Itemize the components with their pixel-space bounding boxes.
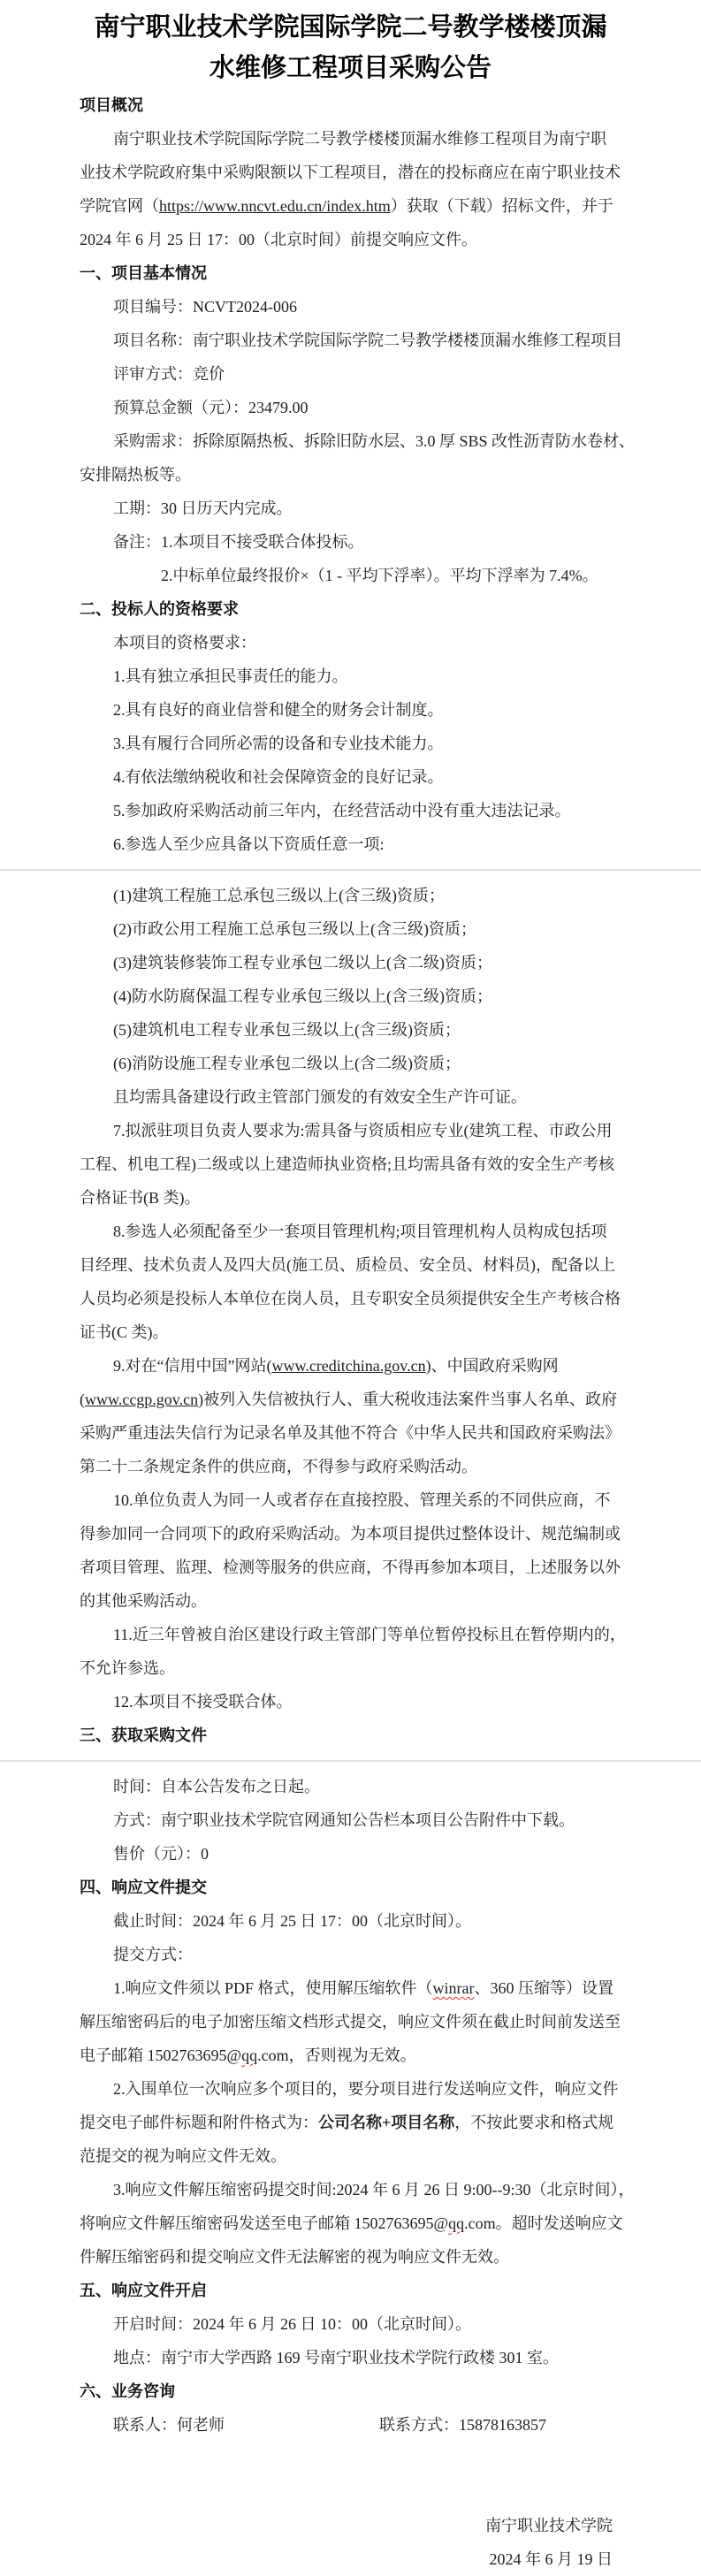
- text-segment: 售价（元）：0: [113, 1845, 209, 1863]
- text-segment: 工程、机电工程)二级或以上建造师执业资格;且均需具备有效的安全生产考核: [80, 1155, 614, 1173]
- doc-line: 得参加同一合同项下的政府采购活动。为本项目提供过整体设计、规范编制或: [0, 1517, 701, 1551]
- signature-date: 2024 年 6 月 19 日: [0, 2542, 701, 2576]
- document-title-line-2: 水维修工程项目采购公告: [35, 48, 666, 88]
- text-segment: )、中国政府采购网: [426, 1357, 559, 1375]
- doc-line: 且均需具备建设行政主管部门颁发的有效安全生产许可证。: [0, 1080, 701, 1114]
- text-segment: 二、投标人的资格要求: [80, 600, 239, 618]
- text-segment: 2.具有良好的商业信誉和健全的财务会计制度。: [113, 701, 444, 719]
- doc-line: 电子邮箱 1502763695@qq.com，否则视为无效。: [0, 2039, 701, 2072]
- text-segment: 12.本项目不接受联合体。: [113, 1693, 293, 1711]
- doc-line: 第二十二条规定条件的供应商，不得参与政府采购活动。: [0, 1450, 701, 1483]
- page-break-line: [0, 1760, 701, 1762]
- section-heading: 五、响应文件开启: [0, 2274, 701, 2307]
- text-segment: 将响应文件解压缩密码发送至电子邮箱 1502763695@: [80, 2214, 448, 2232]
- text-segment: 合格证书(B 类)。: [80, 1189, 201, 1207]
- text-segment: 南宁职业技术学院国际学院二号教学楼楼顶漏水维修工程项目为南宁职: [113, 130, 606, 148]
- text-segment: 五、响应文件开启: [80, 2282, 207, 2299]
- text-segment: 本项目的资格要求：: [113, 634, 256, 652]
- procurement-announcement-document: 南宁职业技术学院国际学院二号教学楼楼顶漏 水维修工程项目采购公告 项目概况南宁职…: [0, 0, 701, 2576]
- text-segment: (4)防水防腐保温工程专业承包三级以上(含三级)资质；: [113, 987, 492, 1005]
- text-segment: 截止时间：2024 年 6 月 25 日 17：00（北京时间）。: [113, 1912, 471, 1930]
- doc-line: 范提交的视为响应文件无效。: [0, 2139, 701, 2173]
- doc-line: 解压缩密码后的电子加密压缩文档形式提交，响应文件须在截止时间前发送至: [0, 2005, 701, 2039]
- doc-line: 评审方式：竞价: [0, 357, 701, 391]
- text-segment: 人员均必须是投标人本单位在岗人员，且专职安全员须提供安全生产考核合格: [80, 1290, 621, 1307]
- text-segment: 预算总金额（元）：23479.00: [113, 399, 309, 416]
- text-segment: 范提交的视为响应文件无效。: [80, 2147, 286, 2165]
- spellcheck-flagged-text: qq: [241, 2046, 257, 2064]
- text-segment: 7.拟派驻项目负责人要求为:需具备与资质相应专业(建筑工程、市政公用: [113, 1122, 613, 1139]
- doc-line: 1.响应文件须以 PDF 格式，使用解压缩软件（winrar、360 压缩等）设…: [0, 1971, 701, 2005]
- doc-line: 方式：南宁职业技术学院官网通知公告栏本项目公告附件中下载。: [0, 1803, 701, 1837]
- text-segment: 解压缩密码后的电子加密压缩文档形式提交，响应文件须在截止时间前发送至: [80, 2013, 621, 2031]
- doc-line: (1)建筑工程施工总承包三级以上(含三级)资质；: [0, 879, 701, 912]
- text-segment: 业技术学院政府集中采购限额以下工程项目，潜在的投标商应在南宁职业技术: [80, 164, 621, 181]
- section-heading: 三、获取采购文件: [0, 1719, 701, 1752]
- doc-line: 2.具有良好的商业信誉和健全的财务会计制度。: [0, 693, 701, 727]
- page-break-line: [0, 869, 701, 871]
- doc-line: 预算总金额（元）：23479.00: [0, 391, 701, 424]
- document-body: 项目概况南宁职业技术学院国际学院二号教学楼楼顶漏水维修工程项目为南宁职业技术学院…: [0, 88, 701, 2576]
- doc-line: 采购需求：拆除原隔热板、拆除旧防水层、3.0 厚 SBS 改性沥青防水卷材、: [0, 424, 701, 458]
- text-segment: 第二十二条规定条件的供应商，不得参与政府采购活动。: [80, 1458, 477, 1475]
- text-segment: 6.参选人至少应具备以下资质任意一项:: [113, 835, 385, 853]
- text-segment: 2.入围单位一次响应多个项目的，要分项目进行发送响应文件，响应文件: [113, 2080, 619, 2098]
- hyperlink[interactable]: www.ccgp.gov.cn: [85, 1391, 198, 1408]
- doc-line: 项目编号：NCVT2024-006: [0, 290, 701, 324]
- doc-line: 的其他采购活动。: [0, 1584, 701, 1618]
- doc-line: 1.具有独立承担民事责任的能力。: [0, 659, 701, 693]
- text-segment: 安排隔热板等。: [80, 466, 191, 484]
- section-heading: 六、业务咨询: [0, 2374, 701, 2408]
- page-break-divider: [0, 861, 701, 879]
- text-segment: 不允许参选。: [80, 1659, 175, 1677]
- text-segment: 11.近三年曾被自治区建设行政主管部门等单位暂停投标且在暂停期内的，: [113, 1626, 626, 1643]
- doc-line: 时间：自本公告发布之日起。: [0, 1770, 701, 1803]
- text-segment: 9.对在“信用中国”网站(: [113, 1357, 271, 1375]
- doc-line: 2024 年 6 月 25 日 17：00（北京时间）前提交响应文件。: [0, 223, 701, 256]
- text-segment: (1)建筑工程施工总承包三级以上(含三级)资质；: [113, 887, 445, 904]
- text-segment: 地点：南宁市大学西路 169 号南宁职业技术学院行政楼 301 室。: [113, 2349, 559, 2366]
- text-segment: 的其他采购活动。: [80, 1592, 207, 1610]
- doc-line: 11.近三年曾被自治区建设行政主管部门等单位暂停投标且在暂停期内的，: [0, 1618, 701, 1651]
- text-segment: 六、业务咨询: [80, 2382, 175, 2400]
- doc-line: (2)市政公用工程施工总承包三级以上(含三级)资质；: [0, 912, 701, 946]
- text-segment: )被列入失信被执行人、重大税收违法案件当事人名单、政府: [198, 1391, 617, 1408]
- doc-line: 目经理、技术负责人及四大员(施工员、质检员、安全员、材料员)，配备以上: [0, 1248, 701, 1282]
- text-segment: 四、响应文件提交: [80, 1879, 207, 1896]
- text-segment: 项目概况: [80, 96, 143, 114]
- text-segment: .com，否则视为无效。: [257, 2046, 416, 2064]
- doc-line: (4)防水防腐保温工程专业承包三级以上(含三级)资质；: [0, 979, 701, 1013]
- text-segment: 项目名称：南宁职业技术学院国际学院二号教学楼楼顶漏水维修工程项目: [113, 332, 622, 349]
- text-segment: 2024 年 6 月 19 日: [490, 2550, 613, 2568]
- document-title-line-1: 南宁职业技术学院国际学院二号教学楼楼顶漏: [35, 7, 666, 48]
- section-heading: 一、项目基本情况: [0, 256, 701, 290]
- page-break-divider: [0, 1752, 701, 1770]
- text-segment: (3)建筑装修装饰工程专业承包二级以上(含二级)资质；: [113, 954, 492, 972]
- doc-line: (3)建筑装修装饰工程专业承包二级以上(含二级)资质；: [0, 946, 701, 979]
- doc-line: 工程、机电工程)二级或以上建造师执业资格;且均需具备有效的安全生产考核: [0, 1147, 701, 1181]
- doc-line: 提交电子邮件标题和附件格式为：公司名称+项目名称，不按此要求和格式规: [0, 2106, 701, 2139]
- doc-line: 项目名称：南宁职业技术学院国际学院二号教学楼楼顶漏水维修工程项目: [0, 324, 701, 357]
- doc-line: 将响应文件解压缩密码发送至电子邮箱 1502763695@qq.com。超时发送…: [0, 2206, 701, 2240]
- section-heading: 四、响应文件提交: [0, 1871, 701, 1904]
- doc-line: 者项目管理、监理、检测等服务的供应商，不得再参加本项目，上述服务以外: [0, 1551, 701, 1584]
- text-segment: 8.参选人必须配备至少一套项目管理机构;项目管理机构人员构成包括项: [113, 1223, 607, 1240]
- blank-line: [0, 2442, 701, 2475]
- doc-line: (www.ccgp.gov.cn)被列入失信被执行人、重大税收违法案件当事人名单…: [0, 1383, 701, 1416]
- doc-line: 合格证书(B 类)。: [0, 1181, 701, 1215]
- text-segment: 2024 年 6 月 25 日 17：00（北京时间）前提交响应文件。: [80, 231, 477, 248]
- text-segment: 方式：南宁职业技术学院官网通知公告栏本项目公告附件中下载。: [113, 1811, 575, 1829]
- text-segment: 备注：1.本项目不接受联合体投标。: [113, 533, 364, 551]
- text-segment: 且均需具备建设行政主管部门颁发的有效安全生产许可证。: [113, 1088, 527, 1106]
- doc-line: 12.本项目不接受联合体。: [0, 1685, 701, 1719]
- text-segment: 三、获取采购文件: [80, 1726, 207, 1744]
- doc-line: 4.有依法缴纳税收和社会保障资金的良好记录。: [0, 760, 701, 794]
- spellcheck-flagged-text: winrar: [433, 1979, 475, 1997]
- text-segment: 5.参加政府采购活动前三年内，在经营活动中没有重大违法记录。: [113, 802, 571, 819]
- text-segment: 3.具有履行合同所必需的设备和专业技术能力。: [113, 735, 444, 752]
- doc-line: 9.对在“信用中国”网站(www.creditchina.gov.cn)、中国政…: [0, 1349, 701, 1383]
- text-segment: 3.响应文件解压缩密码提交时间:2024 年 6 月 26 日 9:00--9:…: [113, 2181, 635, 2199]
- doc-line: 联系人：何老师联系方式：15878163857: [0, 2408, 701, 2442]
- text-segment: 采购严重违法失信行为记录名单及其他不符合《中华人民共和国政府采购法》: [80, 1424, 621, 1442]
- text-segment: 时间：自本公告发布之日起。: [113, 1778, 320, 1795]
- document-title: 南宁职业技术学院国际学院二号教学楼楼顶漏 水维修工程项目采购公告: [0, 7, 701, 88]
- text-segment: 4.有依法缴纳税收和社会保障资金的良好记录。: [113, 768, 444, 786]
- text-segment: 工期：30 日历天内完成。: [113, 499, 293, 517]
- text-segment: 评审方式：竞价: [113, 365, 225, 383]
- doc-line: 6.参选人至少应具备以下资质任意一项:: [0, 827, 701, 861]
- doc-line: 8.参选人必须配备至少一套项目管理机构;项目管理机构人员构成包括项: [0, 1215, 701, 1248]
- section-heading: 项目概况: [0, 88, 701, 122]
- text-segment: 10.单位负责人为同一人或者存在直接控股、管理关系的不同供应商，不: [113, 1491, 611, 1509]
- text-segment: ，不按此要求和格式规: [454, 2114, 613, 2131]
- doc-line: (5)建筑机电工程专业承包三级以上(含三级)资质；: [0, 1013, 701, 1047]
- doc-line: 开启时间：2024 年 6 月 26 日 10：00（北京时间）。: [0, 2307, 701, 2341]
- text-segment: 项目编号：NCVT2024-006: [113, 298, 297, 316]
- text-segment: 开启时间：2024 年 6 月 26 日 10：00（北京时间）。: [113, 2315, 471, 2333]
- doc-line: 截止时间：2024 年 6 月 25 日 17：00（北京时间）。: [0, 1904, 701, 1938]
- text-segment: (2)市政公用工程施工总承包三级以上(含三级)资质；: [113, 920, 476, 938]
- blank-line: [0, 2475, 701, 2509]
- text-segment: 证书(C 类)。: [80, 1323, 169, 1341]
- hyperlink[interactable]: https://www.nncvt.edu.cn/index.htm: [159, 197, 391, 215]
- doc-line: 不允许参选。: [0, 1651, 701, 1685]
- doc-line: 学院官网（https://www.nncvt.edu.cn/index.htm）…: [0, 189, 701, 223]
- signature-org: 南宁职业技术学院: [0, 2509, 701, 2542]
- doc-line: 售价（元）：0: [0, 1837, 701, 1871]
- text-segment: .com。超时发送响应文: [464, 2214, 623, 2232]
- doc-line: 10.单位负责人为同一人或者存在直接控股、管理关系的不同供应商，不: [0, 1483, 701, 1517]
- doc-line: 安排隔热板等。: [0, 458, 701, 492]
- doc-line: 5.参加政府采购活动前三年内，在经营活动中没有重大违法记录。: [0, 794, 701, 827]
- text-segment: 者项目管理、监理、检测等服务的供应商，不得再参加本项目，上述服务以外: [80, 1559, 621, 1576]
- text-segment: 2.中标单位最终报价×（1 - 平均下浮率）。平均下浮率为 7.4%。: [161, 567, 598, 584]
- text-segment: 南宁职业技术学院: [485, 2517, 613, 2534]
- text-segment: 、360 压缩等）设置: [475, 1979, 614, 1997]
- text-segment: 电子邮箱 1502763695@: [80, 2046, 241, 2064]
- doc-line: 工期：30 日历天内完成。: [0, 492, 701, 525]
- text-segment: (5)建筑机电工程专业承包三级以上(含三级)资质；: [113, 1021, 461, 1039]
- hyperlink[interactable]: www.creditchina.gov.cn: [271, 1357, 425, 1375]
- text-segment: ）获取（下载）招标文件，并于: [391, 197, 613, 215]
- text-segment: 1.具有独立承担民事责任的能力。: [113, 667, 348, 685]
- text-segment: 采购需求：拆除原隔热板、拆除旧防水层、3.0 厚 SBS 改性沥青防水卷材、: [113, 432, 635, 450]
- text-segment: 联系人：何老师: [113, 2416, 225, 2434]
- text-segment: (6)消防设施工程专业承包二级以上(含二级)资质；: [113, 1055, 461, 1072]
- text-segment: 目经理、技术负责人及四大员(施工员、质检员、安全员、材料员)，配备以上: [80, 1256, 615, 1274]
- text-segment: 提交电子邮件标题和附件格式为：: [80, 2114, 318, 2131]
- doc-line: (6)消防设施工程专业承包二级以上(含二级)资质；: [0, 1047, 701, 1080]
- doc-line: 本项目的资格要求：: [0, 626, 701, 659]
- doc-line: 人员均必须是投标人本单位在岗人员，且专职安全员须提供安全生产考核合格: [0, 1282, 701, 1315]
- doc-line: 3.具有履行合同所必需的设备和专业技术能力。: [0, 727, 701, 760]
- section-heading: 二、投标人的资格要求: [0, 592, 701, 626]
- doc-line: 件解压缩密码和提交响应文件无法解密的视为响应文件无效。: [0, 2240, 701, 2274]
- doc-line: 7.拟派驻项目负责人要求为:需具备与资质相应专业(建筑工程、市政公用: [0, 1114, 701, 1147]
- text-segment: 件解压缩密码和提交响应文件无法解密的视为响应文件无效。: [80, 2248, 509, 2266]
- text-segment: 学院官网（: [80, 197, 159, 215]
- text-segment: 联系方式：15878163857: [379, 2416, 546, 2434]
- doc-line: 证书(C 类)。: [0, 1315, 701, 1349]
- doc-line: 地点：南宁市大学西路 169 号南宁职业技术学院行政楼 301 室。: [0, 2341, 701, 2374]
- doc-line: 采购严重违法失信行为记录名单及其他不符合《中华人民共和国政府采购法》: [0, 1416, 701, 1450]
- doc-line: 提交方式：: [0, 1938, 701, 1971]
- text-segment: 1.响应文件须以 PDF 格式，使用解压缩软件（: [113, 1979, 433, 1997]
- doc-line: 3.响应文件解压缩密码提交时间:2024 年 6 月 26 日 9:00--9:…: [0, 2173, 701, 2206]
- doc-line: 备注：1.本项目不接受联合体投标。: [0, 525, 701, 559]
- bold-text-segment: 公司名称+项目名称: [318, 2114, 454, 2131]
- text-segment: 提交方式：: [113, 1946, 193, 1963]
- text-segment: 一、项目基本情况: [80, 264, 207, 282]
- spellcheck-flagged-text: qq: [448, 2214, 464, 2232]
- doc-line: 2.中标单位最终报价×（1 - 平均下浮率）。平均下浮率为 7.4%。: [0, 559, 701, 592]
- doc-line: 业技术学院政府集中采购限额以下工程项目，潜在的投标商应在南宁职业技术: [0, 156, 701, 189]
- doc-line: 南宁职业技术学院国际学院二号教学楼楼顶漏水维修工程项目为南宁职: [0, 122, 701, 156]
- text-segment: 得参加同一合同项下的政府采购活动。为本项目提供过整体设计、规范编制或: [80, 1525, 621, 1543]
- doc-line: 2.入围单位一次响应多个项目的，要分项目进行发送响应文件，响应文件: [0, 2072, 701, 2106]
